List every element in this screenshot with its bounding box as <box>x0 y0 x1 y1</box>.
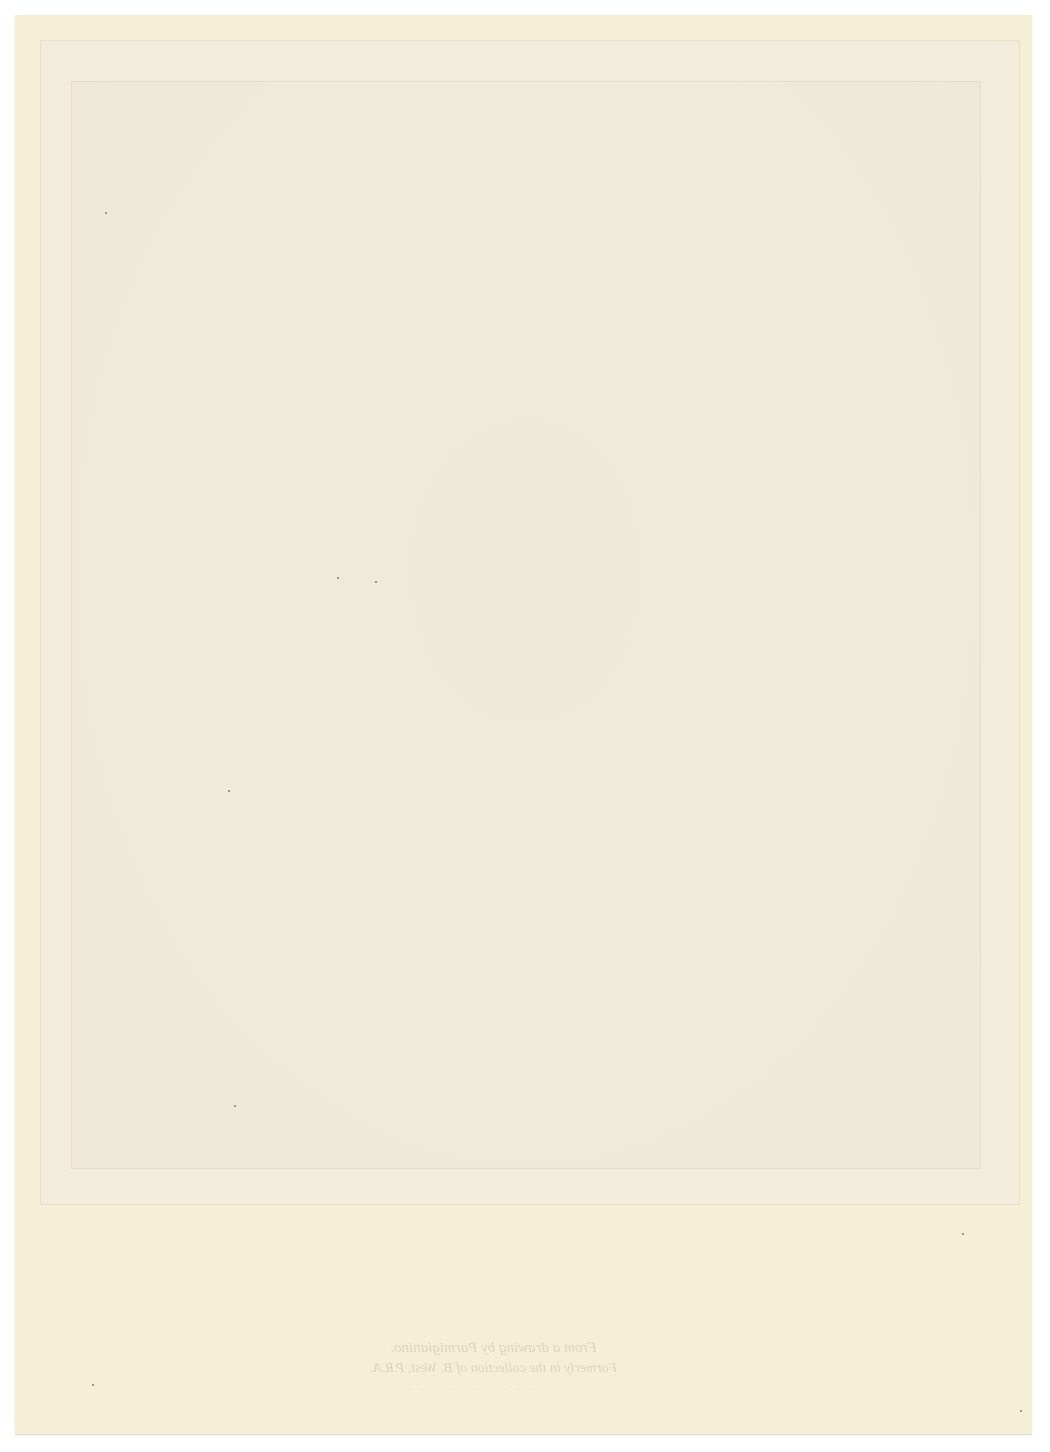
caption-line-3: . . . . . . . . . . <box>15 1381 922 1393</box>
caption-line-1: From a drawing by Parmigianino. <box>15 1340 972 1357</box>
paper-speck <box>92 1384 94 1386</box>
paper-speck <box>105 212 107 214</box>
caption-line-2: Formerly in the collection of B. West, P… <box>15 1361 972 1377</box>
paper-speck <box>228 790 230 792</box>
mirrored-caption: From a drawing by Parmigianino. Formerly… <box>15 1340 1032 1393</box>
image-border <box>71 81 981 1169</box>
paper-sheet: From a drawing by Parmigianino. Formerly… <box>15 15 1032 1434</box>
paper-speck <box>375 581 377 583</box>
paper-speck <box>234 1105 236 1107</box>
paper-speck <box>962 1233 964 1235</box>
paper-speck <box>1020 1410 1022 1412</box>
paper-speck <box>337 577 339 579</box>
plate-mark <box>40 40 1020 1205</box>
